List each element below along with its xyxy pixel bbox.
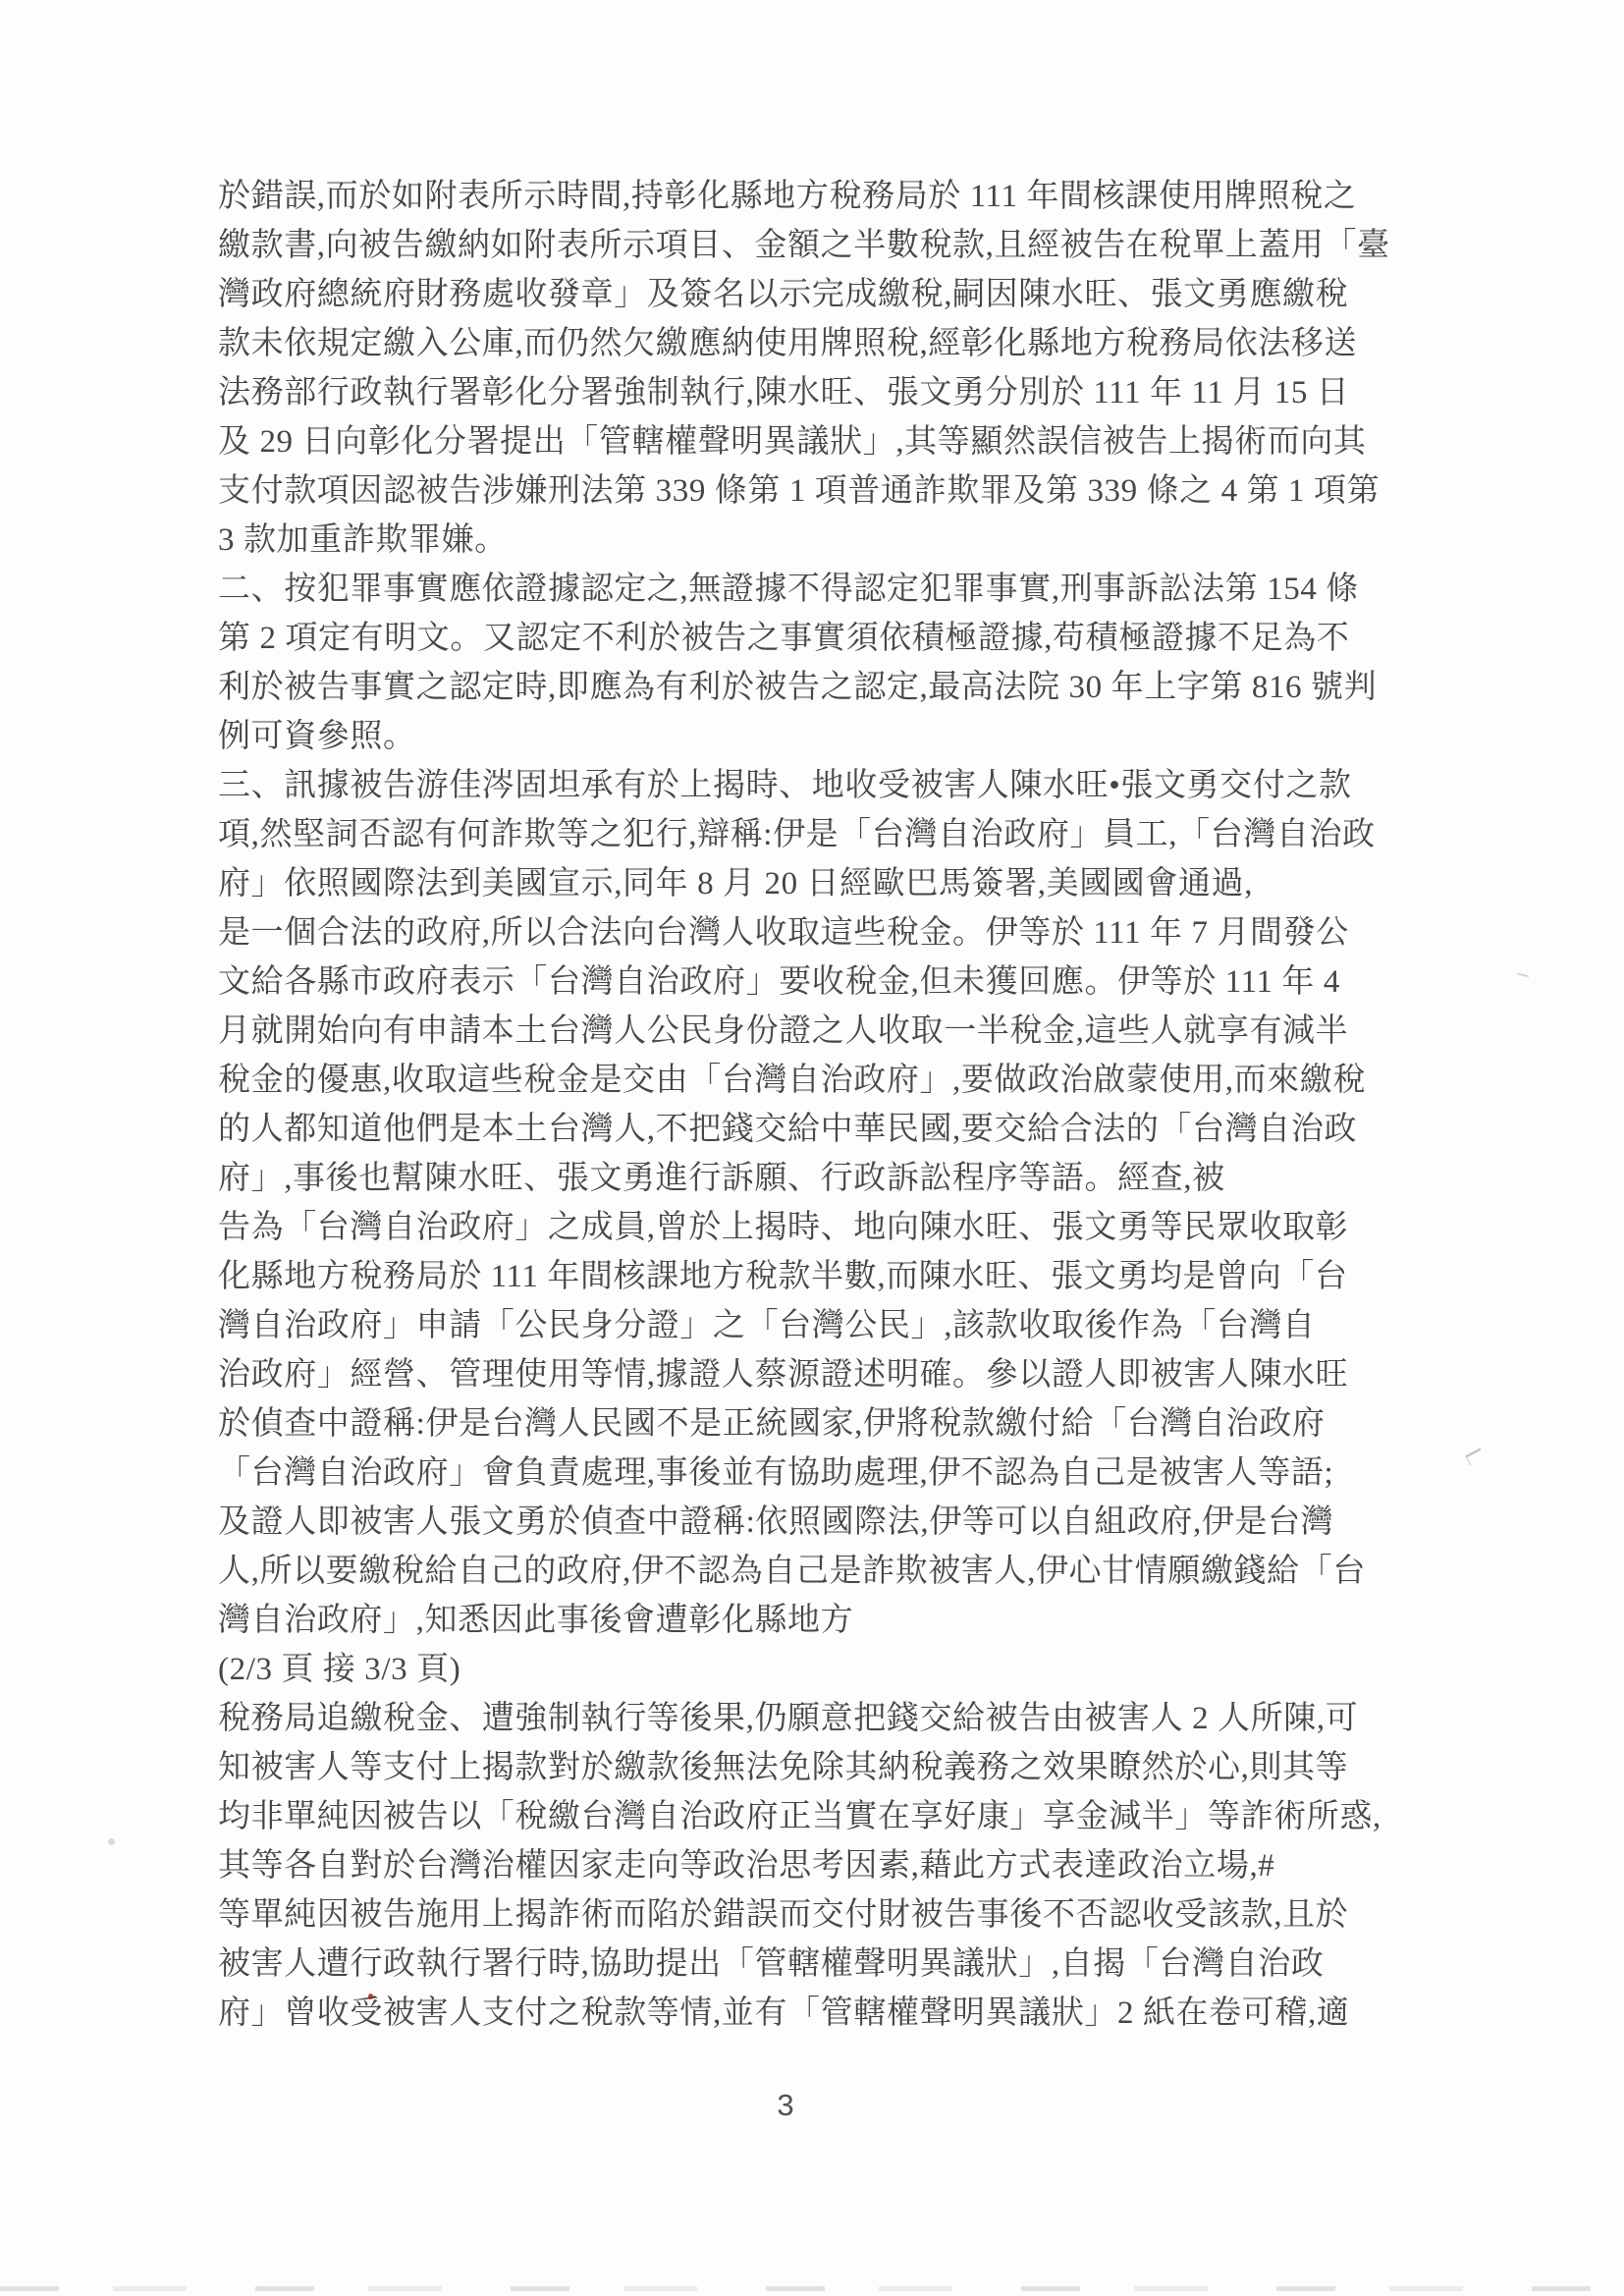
text-line: 繳款書,向被告繳納如附表所示項目、金額之半數稅款,且經被告在稅單上蓋用「臺 — [218, 221, 1418, 270]
text-line: 及 29 日向彰化分署提出「管轄權聲明異議狀」,其等顯然誤信被告上揭術而向其 — [218, 417, 1418, 466]
text-line: (2/3 頁 接 3/3 頁) — [218, 1645, 1418, 1694]
text-line: 三、訊據被告游佳涔固坦承有於上揭時、地收受被害人陳水旺•張文勇交付之款 — [218, 761, 1418, 810]
text-line: 於錯誤,而於如附表所示時間,持彰化縣地方稅務局於 111 年間核課使用牌照稅之 — [218, 172, 1418, 221]
text-line: 於偵查中證稱:伊是台灣人民國不是正統國家,伊將稅款繳付給「台灣自治政府 — [218, 1399, 1418, 1449]
text-line: 府」曾收受被害人支付之稅款等情,並有「管轄權聲明異議狀」2 紙在卷可稽,適 — [218, 1989, 1418, 2038]
text-line: 利於被告事實之認定時,即應為有利於被告之認定,最高法院 30 年上字第 816 … — [218, 663, 1418, 712]
text-line: 是一個合法的政府,所以合法向台灣人收取這些稅金。伊等於 111 年 7 月間發公 — [218, 908, 1418, 957]
text-line: 其等各自對於台灣治權因家走向等政治思考因素,藉此方式表達政治立場,# — [218, 1841, 1418, 1890]
text-line: 例可資參照。 — [218, 712, 1418, 761]
text-line: 府」依照國際法到美國宣示,同年 8 月 20 日經歐巴馬簽署,美國國會通過, — [218, 859, 1418, 908]
text-line: 第 2 項定有明文。又認定不利於被告之事實須依積極證據,苟積極證據不足為不 — [218, 614, 1418, 663]
text-line: 二、按犯罪事實應依證據認定之,無證據不得認定犯罪事實,刑事訴訟法第 154 條 — [218, 565, 1418, 614]
text-line: 府」,事後也幫陳水旺、張文勇進行訴願、行政訴訟程序等語。經查,被 — [218, 1154, 1418, 1203]
text-line: 月就開始向有申請本土台灣人公民身份證之人收取一半稅金,這些人就享有減半 — [218, 1007, 1418, 1056]
scan-speck-pink — [108, 1838, 115, 1845]
text-line: 知被害人等支付上揭款對於繳款後無法免除其納稅義務之效果瞭然於心,則其等 — [218, 1743, 1418, 1792]
text-line: 的人都知道他們是本土台灣人,不把錢交給中華民國,要交給合法的「台灣自治政 — [218, 1105, 1418, 1154]
scan-smudge-right — [1517, 966, 1531, 978]
text-line: 款未依規定繳入公庫,而仍然欠繳應納使用牌照稅,經彰化縣地方稅務局依法移送 — [218, 319, 1418, 368]
text-line: 「台灣自治政府」會負責處理,事後並有協助處理,伊不認為自己是被害人等語; — [218, 1449, 1418, 1498]
text-line: 文給各縣市政府表示「台灣自治政府」要收稅金,但未獲回應。伊等於 111 年 4 — [218, 957, 1418, 1007]
text-line: 稅金的優惠,收取這些稅金是交由「台灣自治政府」,要做政治啟蒙使用,而來繳稅 — [218, 1056, 1418, 1105]
text-line: 法務部行政執行署彰化分署強制執行,陳水旺、張文勇分別於 111 年 11 月 1… — [218, 368, 1418, 417]
text-line: 均非單純因被告以「稅繳台灣自治政府正当實在享好康」享金減半」等詐術所惑, — [218, 1792, 1418, 1841]
page-number: 3 — [0, 2088, 1571, 2123]
scan-bottom-edge-smudge — [0, 2286, 1624, 2291]
text-line: 及證人即被害人張文勇於偵查中證稱:依照國際法,伊等可以自組政府,伊是台灣 — [218, 1498, 1418, 1547]
document-page: 於錯誤,而於如附表所示時間,持彰化縣地方稅務局於 111 年間核課使用牌照稅之繳… — [0, 0, 1624, 2296]
text-line: 稅務局追繳稅金、遭強制執行等後果,仍願意把錢交給被告由被害人 2 人所陳,可 — [218, 1694, 1418, 1743]
text-line: 3 款加重詐欺罪嫌。 — [218, 516, 1418, 565]
scan-pencil-mark — [1465, 1449, 1485, 1466]
text-line: 灣自治政府」申請「公民身分證」之「台灣公民」,該款收取後作為「台灣自 — [218, 1301, 1418, 1350]
text-line: 告為「台灣自治政府」之成員,曾於上揭時、地向陳水旺、張文勇等民眾收取彰 — [218, 1203, 1418, 1252]
document-body: 於錯誤,而於如附表所示時間,持彰化縣地方稅務局於 111 年間核課使用牌照稅之繳… — [218, 172, 1418, 2038]
text-line: 項,然堅詞否認有何詐欺等之犯行,辯稱:伊是「台灣自治政府」員工,「台灣自治政 — [218, 810, 1418, 859]
text-line: 灣政府總統府財務處收發章」及簽名以示完成繳稅,嗣因陳水旺、張文勇應繳稅 — [218, 270, 1418, 319]
text-line: 人,所以要繳稅給自己的政府,伊不認為自己是詐欺被害人,伊心甘情願繳錢給「台 — [218, 1547, 1418, 1596]
text-line: 支付款項因認被告涉嫌刑法第 339 條第 1 項普通詐欺罪及第 339 條之 4… — [218, 466, 1418, 516]
text-line: 灣自治政府」,知悉因此事後會遭彰化縣地方 — [218, 1596, 1418, 1645]
text-line: 被害人遭行政執行署行時,協助提出「管轄權聲明異議狀」,自揭「台灣自治政 — [218, 1940, 1418, 1989]
text-line: 治政府」經營、管理使用等情,據證人蔡源證述明確。參以證人即被害人陳水旺 — [218, 1350, 1418, 1399]
text-line: 化縣地方稅務局於 111 年間核課地方稅款半數,而陳水旺、張文勇均是曾向「台 — [218, 1252, 1418, 1301]
text-line: 等單純因被告施用上揭詐術而陷於錯誤而交付財被告事後不否認收受該款,且於 — [218, 1890, 1418, 1940]
